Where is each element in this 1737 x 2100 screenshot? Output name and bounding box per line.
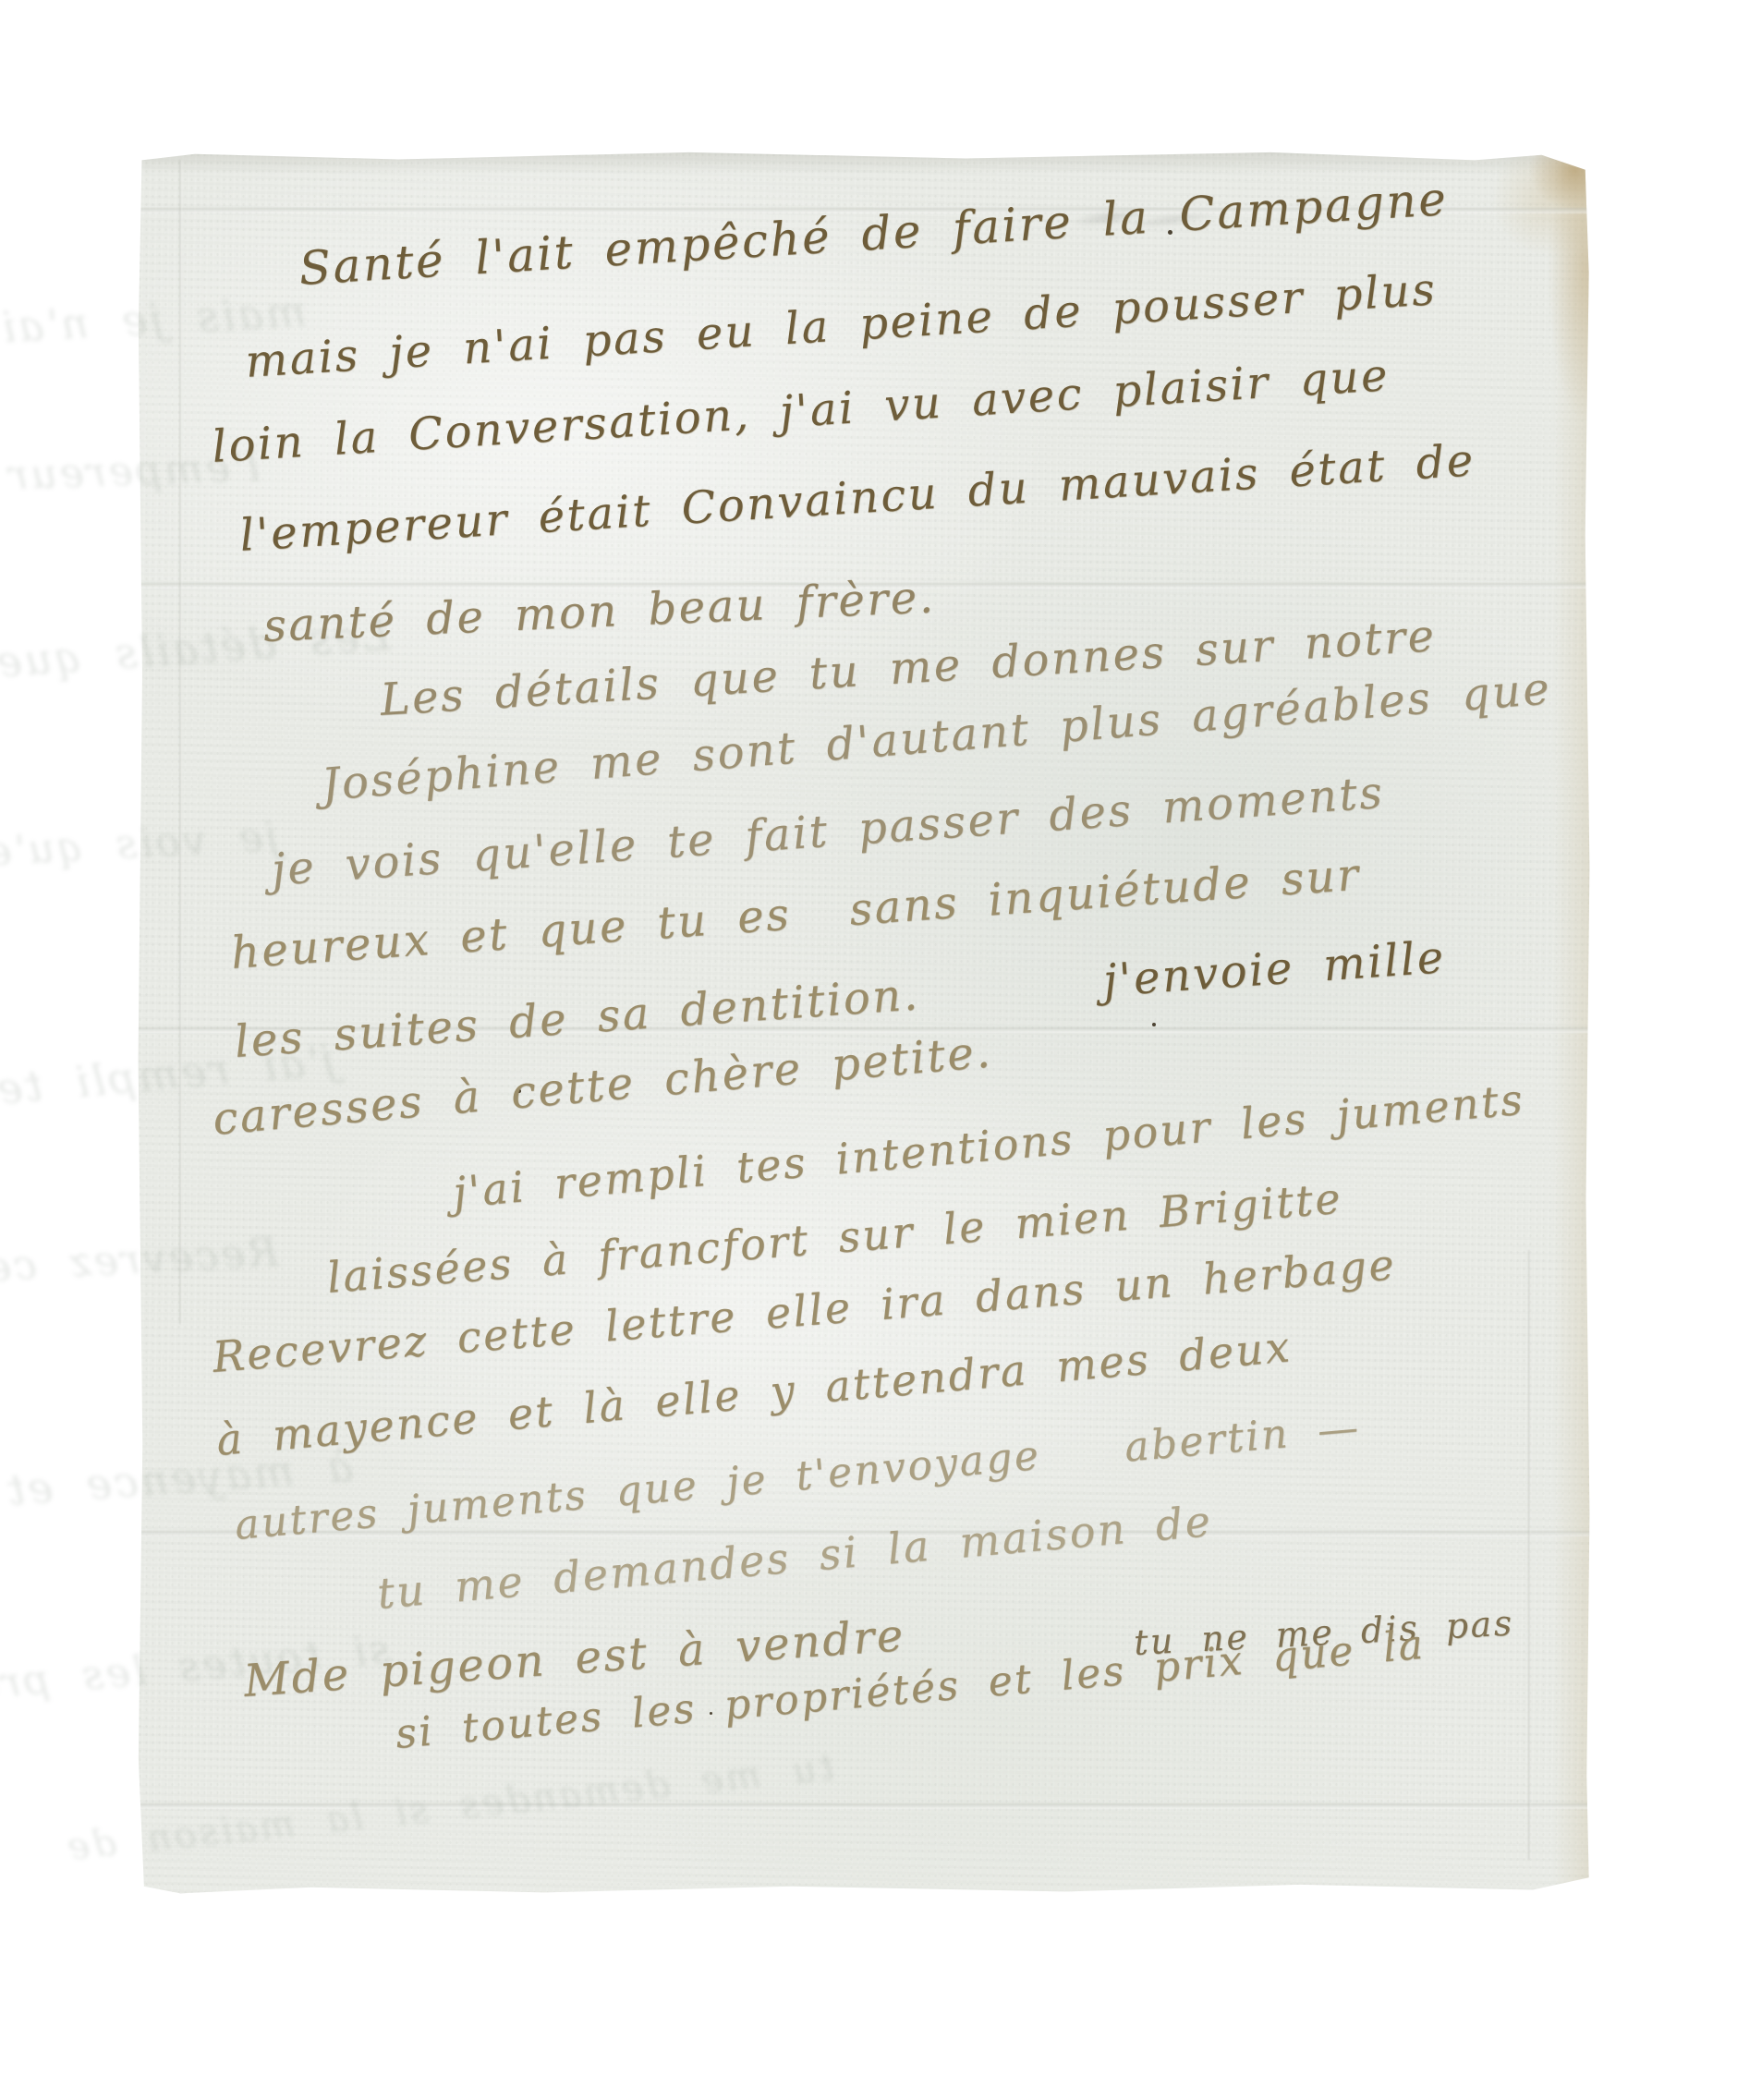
scan-background: mais je n'ai pas eu la peine de pousser … — [0, 0, 1737, 2100]
ink-speck — [1152, 1023, 1156, 1026]
bottom-edge-shadow — [140, 1894, 1588, 1899]
top-edge-shade — [137, 151, 1591, 175]
vertical-crease — [1528, 1250, 1531, 1860]
